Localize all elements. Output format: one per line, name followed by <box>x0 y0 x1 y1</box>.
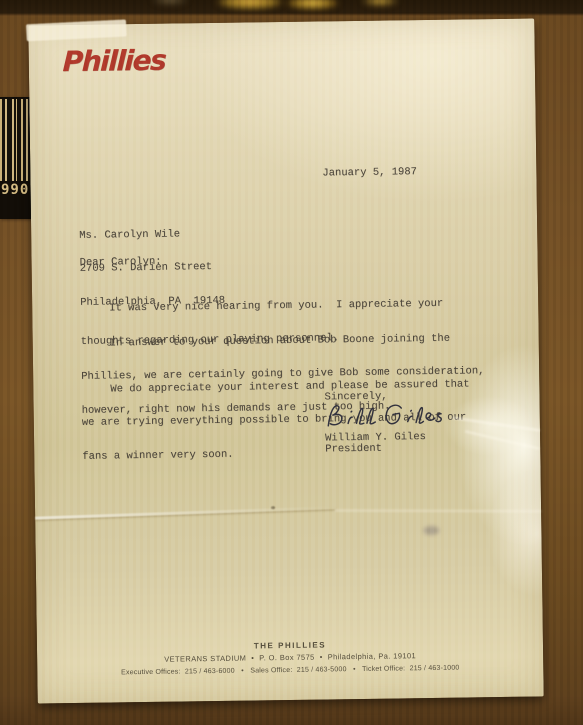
paragraph-line: In answer to your question about Bob Boo… <box>81 333 484 350</box>
paragraph-line: We do appreciate your interest and pleas… <box>81 379 469 396</box>
signer-title: President <box>325 444 382 456</box>
salutation: Dear Carolyn: <box>80 257 162 269</box>
speck-mark <box>271 506 275 509</box>
letterhead-footer: THE PHILLIES VETERANS STADIUM • P. O. Bo… <box>37 636 543 680</box>
paper-crease <box>335 510 541 513</box>
smudge-mark <box>423 526 439 535</box>
paragraph-line: fans a winner very soon. <box>82 447 470 464</box>
letter-date: January 5, 1987 <box>322 167 417 180</box>
corner-tape <box>26 19 127 41</box>
background-clutter <box>285 0 340 10</box>
recipient-name: Ms. Carolyn Wile <box>79 228 224 241</box>
phillies-logo: Phillies <box>62 44 166 78</box>
background-clutter <box>150 0 190 6</box>
paper-crease <box>465 430 539 449</box>
photo-of-letter: 990 Phillies January 5, 1987 Ms. Carolyn… <box>0 0 583 725</box>
barcode-digits: 990 <box>1 181 29 199</box>
background-clutter <box>215 0 285 10</box>
letter-page: Phillies January 5, 1987 Ms. Carolyn Wil… <box>28 19 543 704</box>
paper-crease <box>35 506 335 519</box>
handwritten-signature <box>320 397 456 435</box>
background-clutter <box>360 0 400 7</box>
